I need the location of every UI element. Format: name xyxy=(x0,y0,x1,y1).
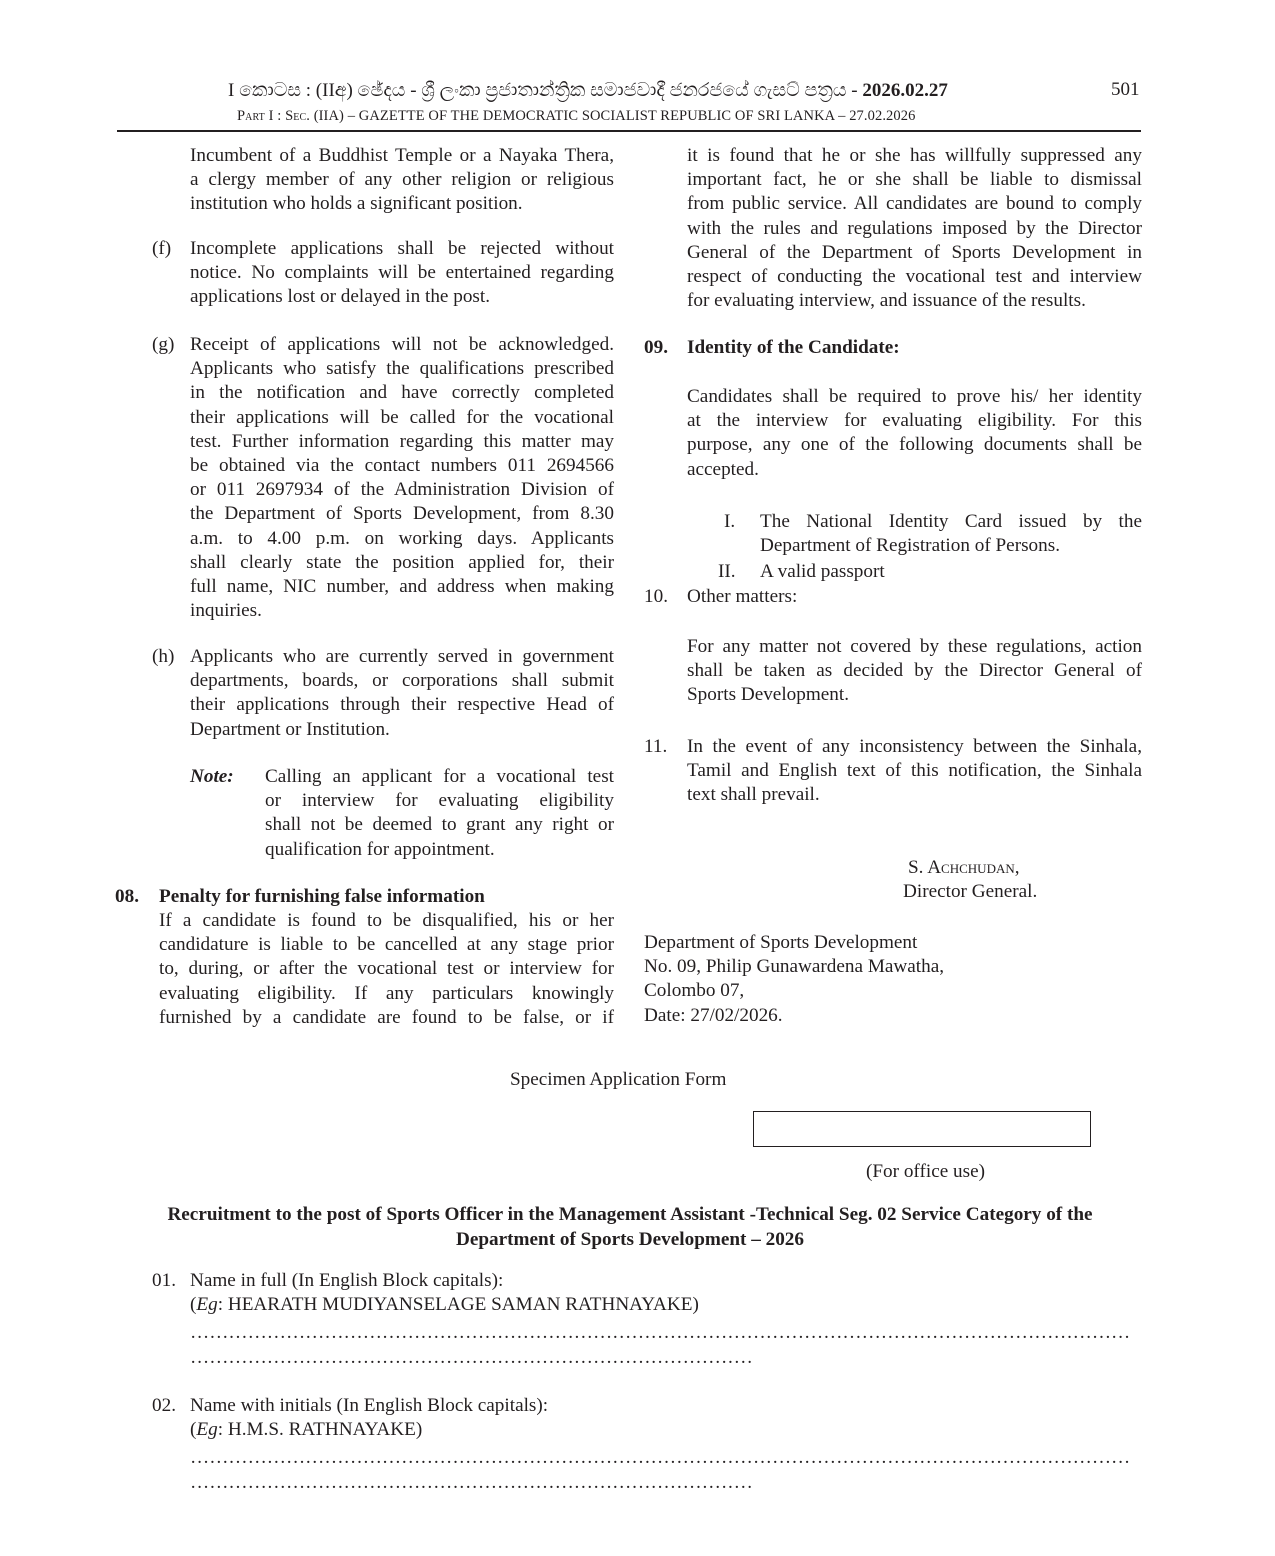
section-10-number: 10. xyxy=(644,585,668,609)
field-01-input-line-2[interactable]: …………………………………………………………………………………………………………… xyxy=(190,1346,753,1370)
office-use-box[interactable] xyxy=(753,1111,1091,1147)
section-08-number: 08. xyxy=(115,885,139,909)
office-use-label: (For office use) xyxy=(866,1160,985,1184)
section-10-heading: Other matters: xyxy=(687,585,797,609)
field-01-input-line-1[interactable]: …………………………………………………………………………………………………………… xyxy=(190,1321,1130,1345)
address-block: Department of Sports Development No. 09,… xyxy=(644,931,944,1028)
item-h-text: Applicants who are currently served in g… xyxy=(190,645,614,742)
document-ii-label: II. xyxy=(718,560,736,584)
item-f-text: Incomplete applications shall be rejecte… xyxy=(190,237,614,310)
field-02-number: 02. xyxy=(152,1394,176,1418)
section-11-number: 11. xyxy=(644,735,667,759)
field-02-input-line-1[interactable]: …………………………………………………………………………………………………………… xyxy=(190,1446,1130,1470)
field-01-label: Name in full (In English Block capitals)… xyxy=(190,1269,503,1293)
field-02-label: Name with initials (In English Block cap… xyxy=(190,1394,548,1418)
header-sinhala-title: I කොටස : (IIඅ) ඡේදය - ශ්‍රී ලංකා ප්‍රජාත… xyxy=(228,80,862,101)
section-08-continuation: it is found that he or she has willfully… xyxy=(687,144,1142,313)
address-date: Date: 27/02/2026. xyxy=(644,1004,944,1028)
section-08-text: If a candidate is found to be disqualifi… xyxy=(159,909,614,1030)
section-09-text: Candidates shall be required to prove hi… xyxy=(687,385,1142,482)
document-i-text: The National Identity Card issued by the… xyxy=(760,510,1142,558)
field-02-example: (Eg: H.M.S. RATHNAYAKE) xyxy=(190,1418,422,1442)
section-09-heading: Identity of the Candidate: xyxy=(687,336,900,360)
section-09-number: 09. xyxy=(644,336,668,360)
address-line: Department of Sports Development xyxy=(644,931,944,955)
running-header-english: Part I : Sec. (IIA) – GAZETTE OF THE DEM… xyxy=(237,106,915,126)
form-caption: Specimen Application Form xyxy=(510,1068,726,1092)
header-sinhala-date: 2026.02.27 xyxy=(862,80,948,101)
section-11-text: In the event of any inconsistency betwee… xyxy=(687,735,1142,808)
note-label: Note: xyxy=(190,765,234,789)
address-line: Colombo 07, xyxy=(644,979,944,1003)
item-f-label: (f) xyxy=(152,237,171,261)
header-rule xyxy=(117,130,1141,132)
header-part-label: Part I : Sec. xyxy=(237,108,310,124)
document-ii-text: A valid passport xyxy=(760,560,885,584)
signatory-name: S. Achchudan, xyxy=(908,856,1020,880)
intro-paragraph: Incumbent of a Buddhist Temple or a Naya… xyxy=(190,144,614,217)
form-title: Recruitment to the post of Sports Office… xyxy=(110,1202,1150,1252)
note-text: Calling an applicant for a vocational te… xyxy=(265,765,614,862)
section-08-heading: Penalty for furnishing false information xyxy=(159,885,485,909)
field-01-example: (Eg: HEARATH MUDIYANSELAGE SAMAN RATHNAY… xyxy=(190,1293,699,1317)
field-02-input-line-2[interactable]: …………………………………………………………………………………………………………… xyxy=(190,1471,753,1495)
field-01-number: 01. xyxy=(152,1269,176,1293)
header-english-title: (IIA) – GAZETTE OF THE DEMOCRATIC SOCIAL… xyxy=(310,108,916,124)
signatory-title: Director General. xyxy=(903,880,1037,904)
document-i-label: I. xyxy=(724,510,735,534)
item-h-label: (h) xyxy=(152,645,174,669)
item-g-text: Receipt of applications will not be ackn… xyxy=(190,333,614,623)
section-10-text: For any matter not covered by these regu… xyxy=(687,635,1142,708)
page-number: 501 xyxy=(1111,79,1140,101)
address-line: No. 09, Philip Gunawardena Mawatha, xyxy=(644,955,944,979)
item-g-label: (g) xyxy=(152,333,174,357)
